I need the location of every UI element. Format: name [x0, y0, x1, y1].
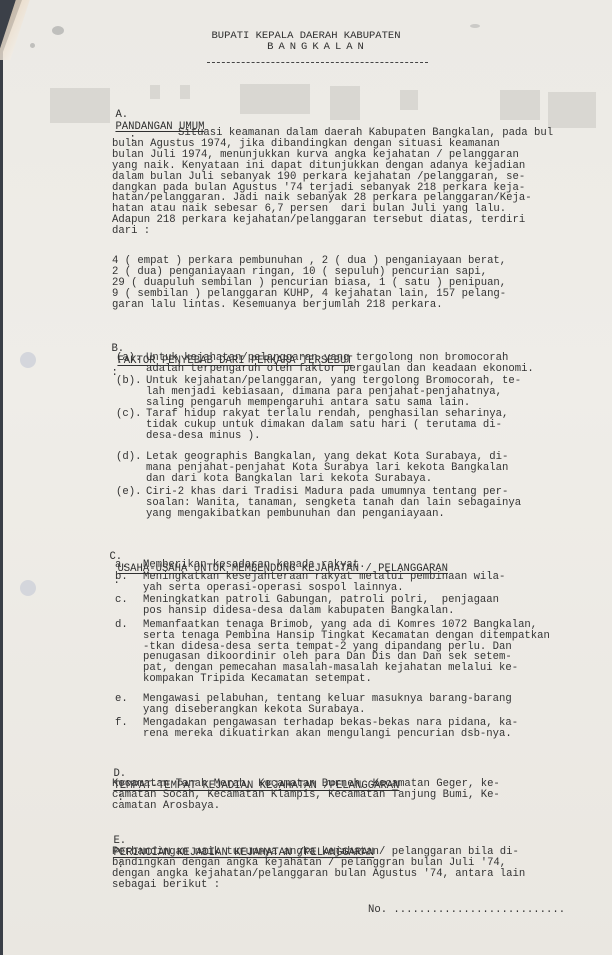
item-marker: (b).: [116, 376, 141, 387]
cause-item: (e).Ciri-2 khas dari Tradisi Madura pada…: [146, 487, 521, 519]
item-marker: (c).: [116, 409, 141, 420]
cause-item: (d).Letak geographis Bangkalan, yang dek…: [146, 452, 508, 484]
section-a-paragraph-2: 4 ( empat ) perkara pembunuhan , 2 ( dua…: [112, 256, 506, 311]
item-text: Memberikan kesadaran kepada rakyat.: [143, 559, 366, 571]
effort-item: e.Mengawasi pelabuhan, tentang keluar ma…: [143, 694, 512, 716]
ink-stain: [470, 24, 480, 28]
cause-item: (b).Untuk kejahatan/pelanggaran, yang te…: [146, 376, 521, 408]
bleed-through: [548, 92, 596, 128]
scanned-page: BUPATI KEPALA DAERAH KABUPATEN BANGKALAN…: [0, 0, 612, 955]
item-text: Ciri-2 khas dari Tradisi Madura pada umu…: [146, 486, 521, 520]
punch-hole: [20, 352, 36, 368]
letterhead-divider: [207, 62, 428, 63]
section-e-paragraph: Perbandingan naik turunnya angka kejahat…: [112, 847, 525, 891]
item-marker: e.: [115, 694, 128, 705]
effort-item: d.Memanfaatkan tenaga Brimob, yang ada d…: [143, 620, 550, 685]
letterhead-subtitle: BANGKALAN: [0, 41, 612, 53]
bleed-through: [500, 90, 540, 120]
item-marker: (a).: [116, 353, 141, 364]
bleed-through: [240, 84, 310, 114]
item-text: Letak geographis Bangkalan, yang dekat K…: [146, 451, 508, 485]
item-marker: (e).: [116, 487, 141, 498]
item-marker: a.: [115, 560, 128, 571]
punch-hole: [20, 580, 36, 596]
item-text: Mengawasi pelabuhan, tentang keluar masu…: [143, 693, 512, 716]
cause-item: (c).Taraf hidup rakyat terlalu rendah, p…: [146, 409, 508, 441]
item-text: Untuk kejahatan/pelanggaran yang tergolo…: [146, 352, 534, 375]
item-marker: (d).: [116, 452, 141, 463]
item-marker: f.: [115, 718, 128, 729]
item-text: Meningkatkan patroli Gabungan, patroli p…: [143, 594, 499, 617]
section-marker: A.: [115, 109, 128, 121]
cause-item: (a).Untuk kejahatan/pelanggaran yang ter…: [146, 353, 534, 375]
section-a-paragraph-1: Situasi keamanan dalam daerah Kabupaten …: [112, 128, 553, 237]
effort-item: b.Meningkatkan kesejahteraan rakyat mela…: [143, 572, 505, 594]
item-text: Memanfaatkan tenaga Brimob, yang ada di …: [143, 619, 550, 685]
effort-item: a.Memberikan kesadaran kepada rakyat.: [143, 560, 366, 571]
item-text: Mengadakan pengawasan terhadap bekas-bek…: [143, 717, 518, 740]
item-marker: b.: [115, 572, 128, 583]
effort-item: c.Meningkatkan patroli Gabungan, patroli…: [143, 595, 499, 617]
bleed-through: [400, 90, 418, 110]
document-number-field: No. ...........................: [368, 904, 565, 916]
item-text: Untuk kejahatan/pelanggaran, yang tergol…: [146, 375, 521, 409]
item-marker: c.: [115, 595, 128, 606]
scan-edge: [0, 0, 3, 955]
section-d-paragraph: Kecamatan Tanah Merah, Kecamatan Burneh,…: [112, 779, 500, 812]
effort-item: f.Mengadakan pengawasan terhadap bekas-b…: [143, 718, 518, 740]
item-marker: d.: [115, 620, 128, 631]
item-text: Taraf hidup rakyat terlalu rendah, pengh…: [146, 408, 508, 442]
item-text: Meningkatkan kesejahteraan rakyat melalu…: [143, 571, 505, 594]
